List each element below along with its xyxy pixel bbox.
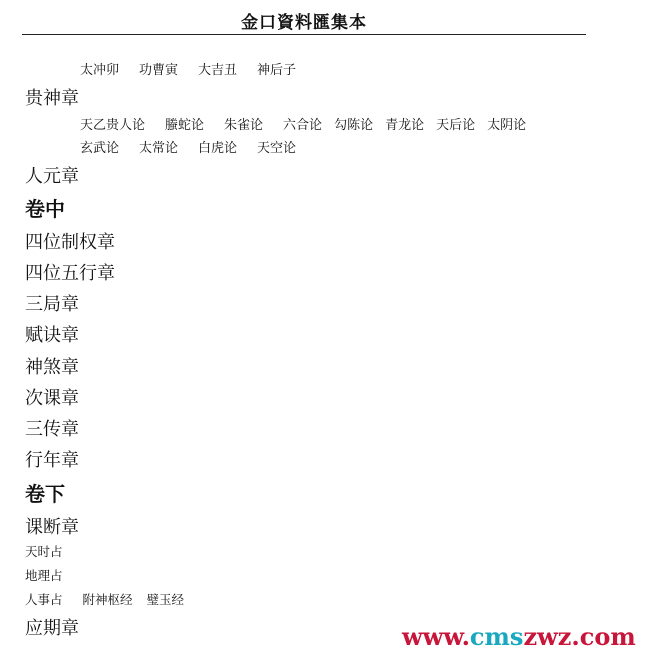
list-item[interactable]: 天空论 [257, 137, 296, 156]
list-item[interactable]: 螣蛇论 [165, 114, 204, 133]
list-item[interactable]: 人事占 [25, 590, 63, 608]
sub-items-row: 人事占附神枢经璧玉经 [25, 590, 204, 608]
watermark-middle: cms [470, 622, 524, 651]
chapter-heading[interactable]: 三局章 [25, 290, 79, 316]
document-title: 金口資料匯集本 [22, 8, 586, 33]
list-item[interactable]: 六合论 [283, 114, 322, 133]
list-item[interactable]: 白虎论 [198, 137, 237, 156]
chapter-heading-yingqi[interactable]: 应期章 [25, 614, 79, 640]
title-divider [22, 34, 586, 35]
chapter-heading-guishen[interactable]: 贵神章 [25, 84, 79, 110]
list-item[interactable]: 璧玉经 [147, 590, 185, 608]
list-item[interactable]: 朱雀论 [224, 114, 263, 133]
chapter-heading[interactable]: 三传章 [25, 415, 79, 441]
list-item[interactable]: 附神枢经 [83, 590, 133, 608]
watermark-prefix: www. [402, 622, 470, 651]
list-item[interactable]: 大吉丑 [198, 59, 237, 78]
list-item[interactable]: 勾陈论 [334, 114, 373, 133]
sub-item-dili[interactable]: 地理占 [25, 566, 63, 584]
list-item[interactable]: 青龙论 [385, 114, 424, 133]
list-item[interactable]: 功曹寅 [139, 59, 178, 78]
list-item[interactable]: 太阴论 [487, 114, 526, 133]
sub-item-tianshi[interactable]: 天时占 [25, 542, 63, 560]
chapter-heading[interactable]: 四位五行章 [25, 259, 115, 285]
chapter-heading[interactable]: 神煞章 [25, 353, 79, 379]
guishen-items-row2: 玄武论太常论白虎论天空论 [80, 137, 316, 156]
chapter-heading[interactable]: 四位制权章 [25, 228, 115, 254]
watermark-logo: www.cmszwz.com [402, 622, 636, 651]
list-item[interactable]: 太冲卯 [80, 59, 119, 78]
chapter-heading-keduan[interactable]: 课断章 [25, 513, 79, 539]
guishen-items-row1: 天乙贵人论螣蛇论朱雀论六合论勾陈论青龙论天后论太阴论 [80, 114, 538, 133]
list-item[interactable]: 神后子 [257, 59, 296, 78]
list-item[interactable]: 太常论 [139, 137, 178, 156]
chapter-heading[interactable]: 次课章 [25, 384, 79, 410]
chapter-heading[interactable]: 赋诀章 [25, 321, 79, 347]
watermark-suffix: zwz.com [523, 622, 635, 651]
volume-heading-low: 卷下 [25, 478, 65, 507]
top-items-row: 太冲卯功曹寅大吉丑神后子 [80, 59, 316, 78]
list-item[interactable]: 天乙贵人论 [80, 114, 145, 133]
list-item[interactable]: 玄武论 [80, 137, 119, 156]
volume-heading-mid: 卷中 [25, 193, 65, 222]
chapter-heading-renyuan[interactable]: 人元章 [25, 162, 79, 188]
list-item[interactable]: 天后论 [436, 114, 475, 133]
chapter-heading[interactable]: 行年章 [25, 446, 79, 472]
